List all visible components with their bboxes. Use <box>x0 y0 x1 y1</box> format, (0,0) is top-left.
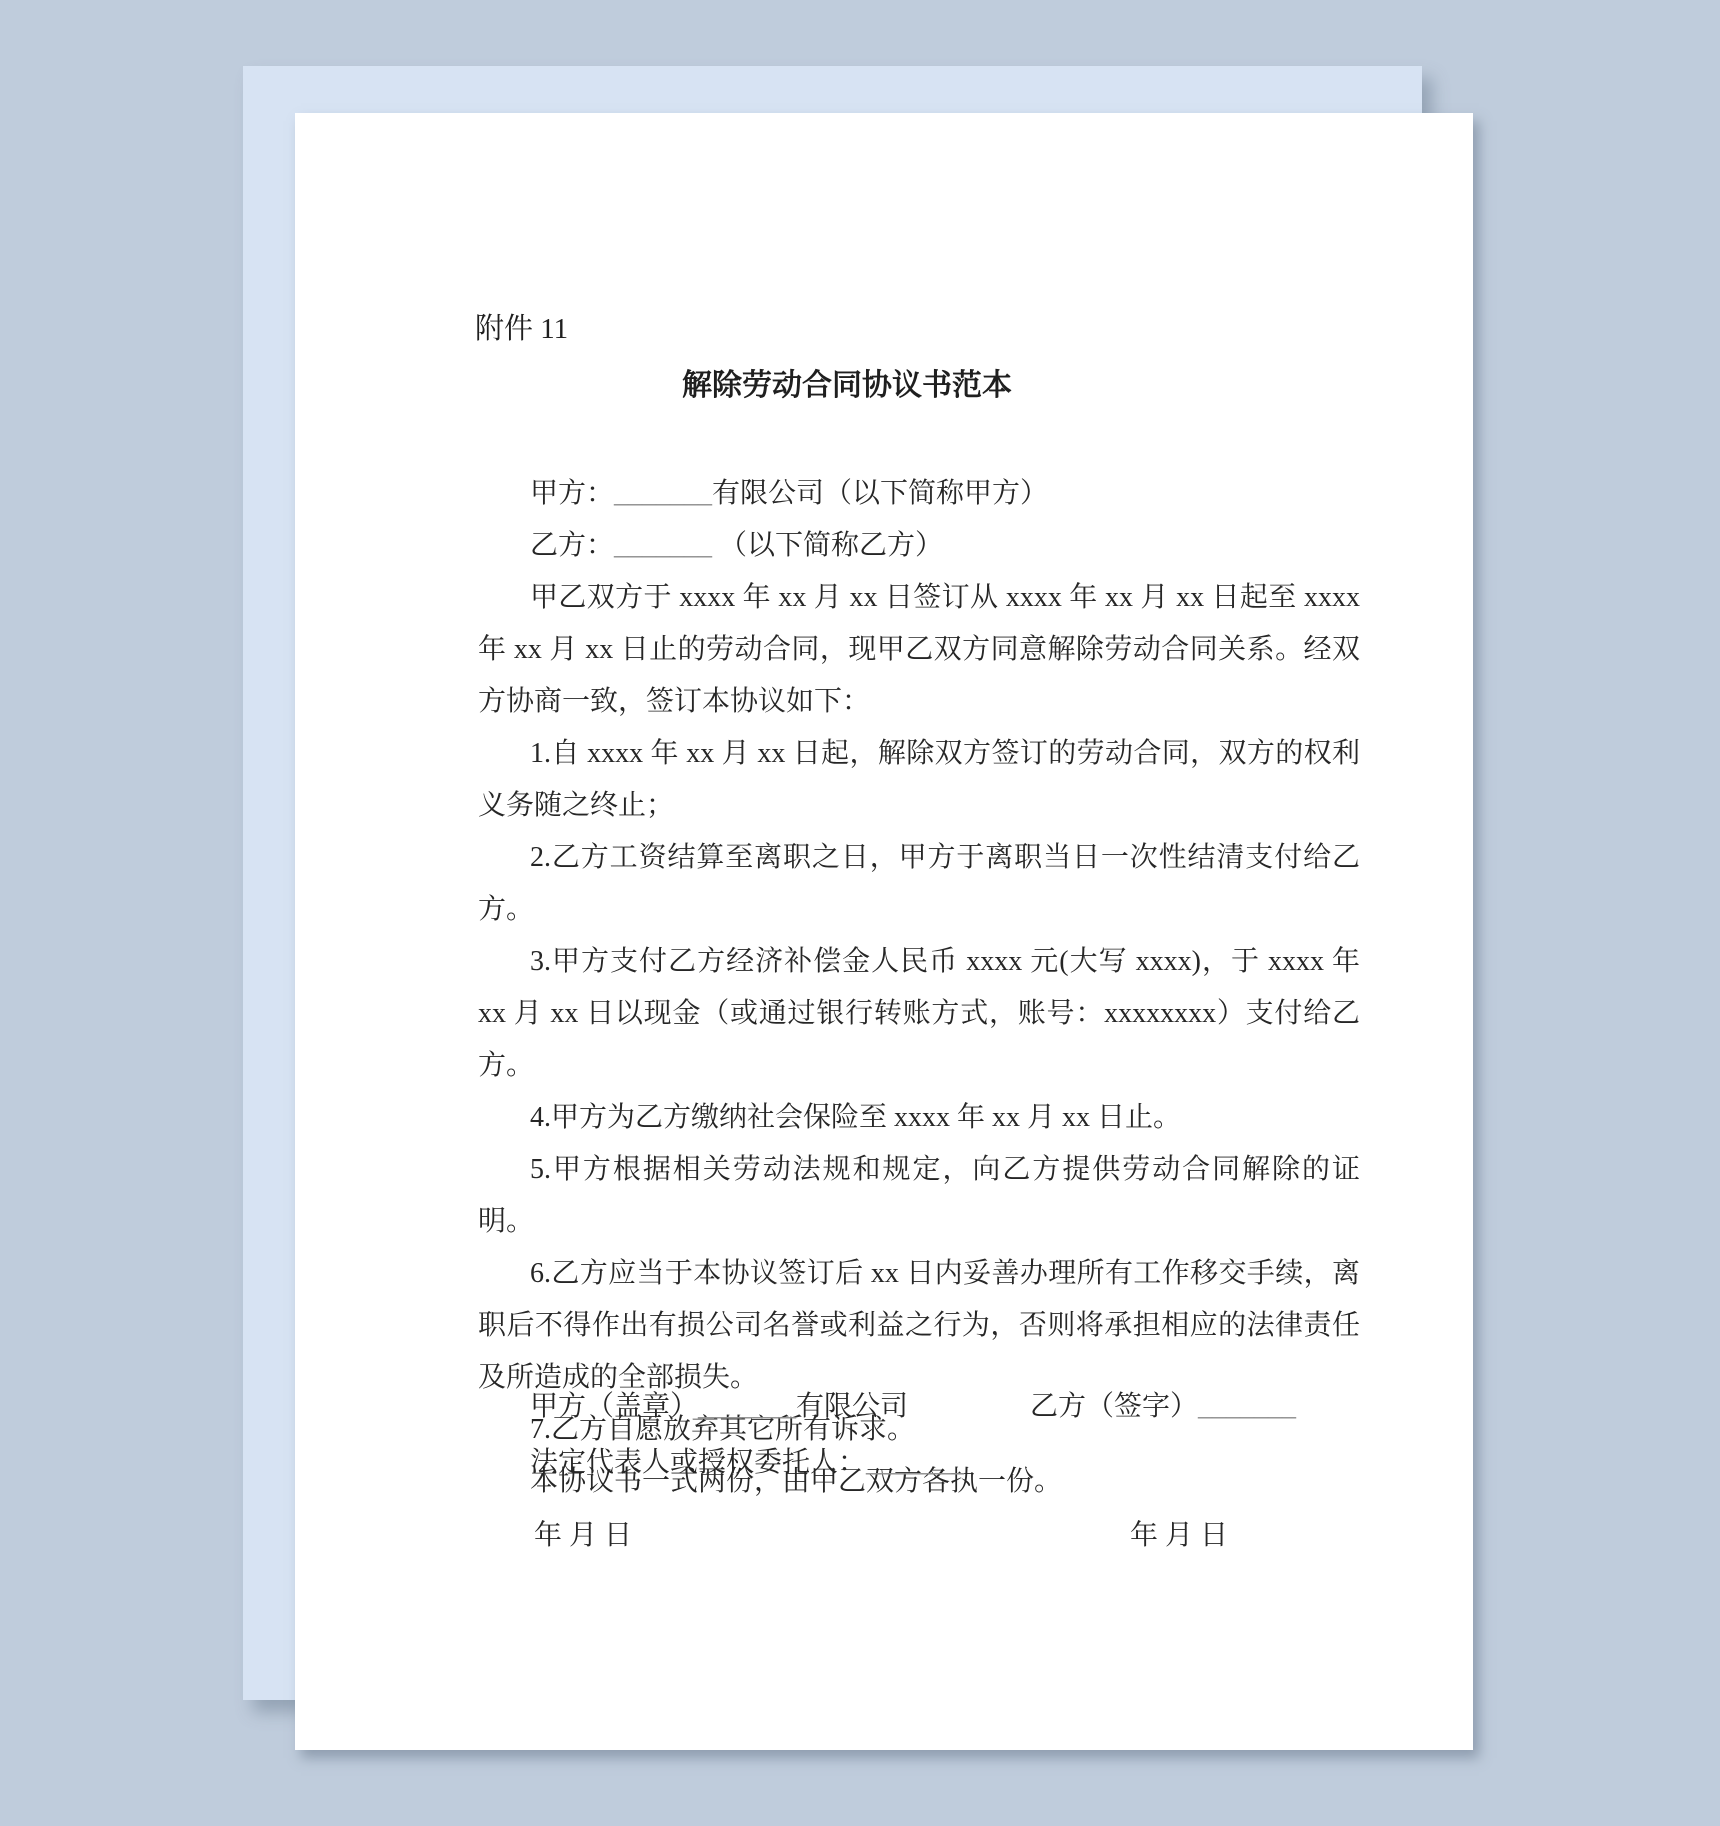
party-a-seal-line: 甲方（盖章）_______有限公司 <box>530 1381 908 1433</box>
document-page: 附件 11 解除劳动合同协议书范本 甲方：_______有限公司（以下简称甲方）… <box>295 113 1473 1750</box>
blank-line: _______ <box>614 478 712 509</box>
date-line-party-b: 年 月 日 <box>1130 1510 1228 1562</box>
paragraph: 2.乙方工资结算至离职之日，甲方于离职当日一次性结清支付给乙方。 <box>478 832 1360 936</box>
attachment-label: 附件 11 <box>475 306 568 347</box>
paragraph: 5.甲方根据相关劳动法规和规定，向乙方提供劳动合同解除的证明。 <box>478 1144 1360 1248</box>
paragraph: 甲方：_______有限公司（以下简称甲方） <box>478 468 1360 520</box>
blank-line: _______ <box>866 1447 964 1478</box>
date-line-party-a: 年 月 日 <box>534 1510 632 1562</box>
document-title: 解除劳动合同协议书范本 <box>682 360 1012 404</box>
desktop-background: 附件 11 解除劳动合同协议书范本 甲方：_______有限公司（以下简称甲方）… <box>0 0 1720 1826</box>
paragraph: 3.甲方支付乙方经济补偿金人民币 xxxx 元(大写 xxxx)，于 xxxx … <box>478 936 1360 1092</box>
paragraph: 乙方：_______ （以下简称乙方） <box>478 520 1360 572</box>
document-body: 甲方：_______有限公司（以下简称甲方）乙方：_______ （以下简称乙方… <box>478 468 1360 1508</box>
paragraph: 4.甲方为乙方缴纳社会保险至 xxxx 年 xx 月 xx 日止。 <box>478 1092 1360 1144</box>
blank-line: _______ <box>614 530 712 561</box>
blank-line: _______ <box>698 1391 796 1422</box>
paragraph: 1.自 xxxx 年 xx 月 xx 日起，解除双方签订的劳动合同，双方的权利义… <box>478 728 1360 832</box>
legal-representative-line: 法定代表人或授权委托人：_______ <box>530 1437 964 1489</box>
paragraph: 甲乙双方于 xxxx 年 xx 月 xx 日签订从 xxxx 年 xx 月 xx… <box>478 572 1360 728</box>
blank-line: _______ <box>1198 1391 1296 1422</box>
party-b-sign-line: 乙方（签字）_______ <box>1030 1381 1296 1433</box>
